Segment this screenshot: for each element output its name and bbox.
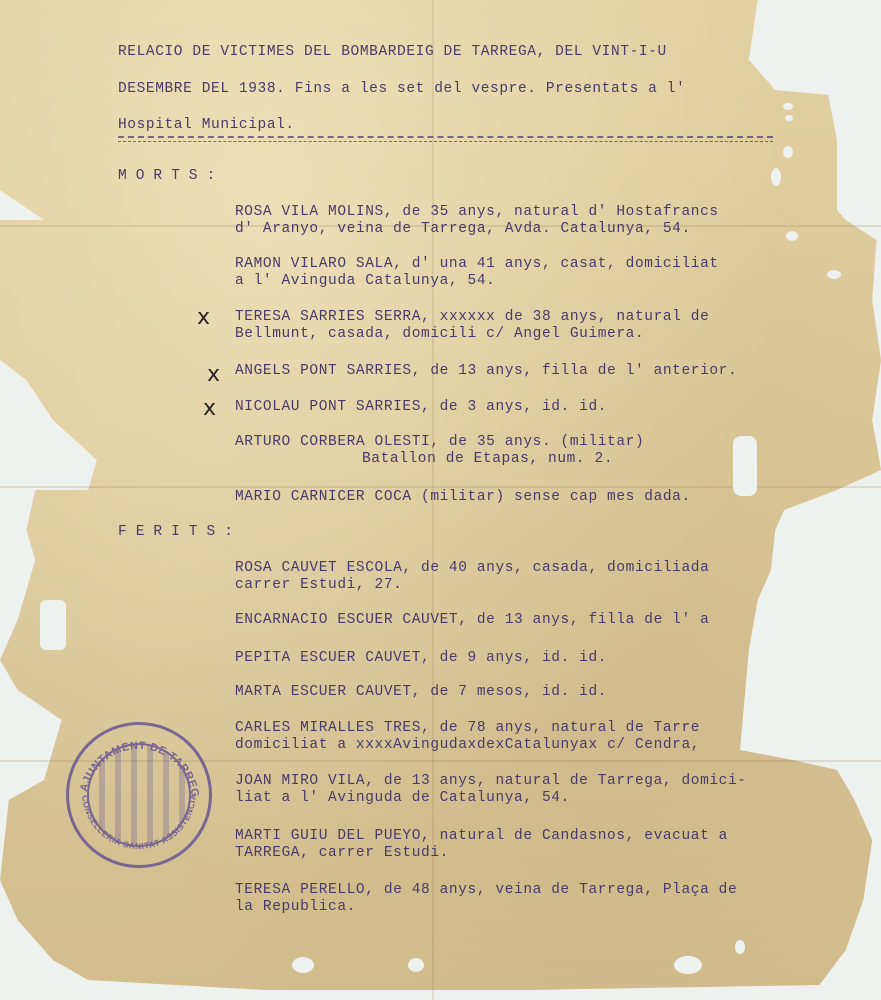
morts-entry-line: TERESA SARRIES SERRA, xxxxxx de 38 anys,… [235,309,709,325]
section-title-ferits: FERITS: [118,524,242,540]
entry-text: domiciliat a [235,737,356,753]
morts-entry-line: ROSA VILA MOLINS, de 35 anys, natural d'… [235,204,719,220]
struck-out-text: xxxxAvingudaxdexCatalunyax [356,737,598,753]
entry-text: TERESA SARRIES SERRA, [235,309,440,325]
section-title-morts: MORTS: [118,168,224,184]
struck-out-text: xxxxxx [440,309,496,325]
entry-text: c/ Cendra, [598,737,700,753]
stamp-top-text: AJUNTAMENT DE TARREGA [66,722,201,798]
ferits-entry-line: PEPITA ESCUER CAUVET, de 9 anys, id. id. [235,650,607,666]
handwritten-x-mark: x [203,396,217,421]
municipal-stamp: AJUNTAMENT DE TARREGA CONSELLERIA SANITA… [66,722,212,868]
ferits-entry-line: ROSA CAUVET ESCOLA, de 40 anys, casada, … [235,560,709,576]
document-title-line-1: RELACIO DE VICTIMES DEL BOMBARDEIG DE TA… [118,44,667,60]
ferits-entry-line: liat a l' Avinguda de Catalunya, 54. [235,790,570,806]
ferits-entry-line: MARTA ESCUER CAUVET, de 7 mesos, id. id. [235,684,607,700]
morts-entry-line: ARTURO CORBERA OLESTI, de 35 anys. (mili… [235,434,644,450]
stamp-text-ring: AJUNTAMENT DE TARREGA CONSELLERIA SANITA… [66,722,212,868]
entry-text: de 38 anys, natural de [495,309,709,325]
document-title-line-2: DESEMBRE DEL 1938. Fins a les set del ve… [118,81,685,97]
svg-text:AJUNTAMENT DE TARREGA: AJUNTAMENT DE TARREGA [66,722,201,798]
ferits-entry-line: domiciliat a xxxxAvingudaxdexCatalunyax … [235,737,700,753]
handwritten-x-mark: x [197,305,211,330]
ferits-entry-line: la Republica. [235,899,356,915]
morts-entry-line: Batallon de Etapas, num. 2. [362,451,613,467]
ferits-entry-line: TERESA PERELLO, de 48 anys, veina de Tar… [235,882,737,898]
morts-entry-line: d' Aranyo, veina de Tarrega, Avda. Catal… [235,221,691,237]
ferits-entry-line: MARTI GUIU DEL PUEYO, natural de Candasn… [235,828,728,844]
ferits-entry-line: ENCARNACIO ESCUER CAUVET, de 13 anys, fi… [235,612,709,628]
ferits-entry-line: TARREGA, carrer Estudi. [235,845,449,861]
handwritten-x-mark: x [207,362,221,387]
separator-rule [118,136,773,142]
document-title-line-3: Hospital Municipal. [118,117,295,133]
ferits-entry-line: JOAN MIRO VILA, de 13 anys, natural de T… [235,773,747,789]
morts-entry-line: RAMON VILARO SALA, d' una 41 anys, casat… [235,256,719,272]
morts-entry-line: ANGELS PONT SARRIES, de 13 anys, filla d… [235,363,737,379]
morts-entry-line: Bellmunt, casada, domicili c/ Angel Guim… [235,326,644,342]
morts-entry-line: a l' Avinguda Catalunya, 54. [235,273,495,289]
morts-entry-line: NICOLAU PONT SARRIES, de 3 anys, id. id. [235,399,607,415]
ferits-entry-line: carrer Estudi, 27. [235,577,402,593]
morts-entry-line: MARIO CARNICER COCA (militar) sense cap … [235,489,691,505]
ferits-entry-line: CARLES MIRALLES TRES, de 78 anys, natura… [235,720,700,736]
